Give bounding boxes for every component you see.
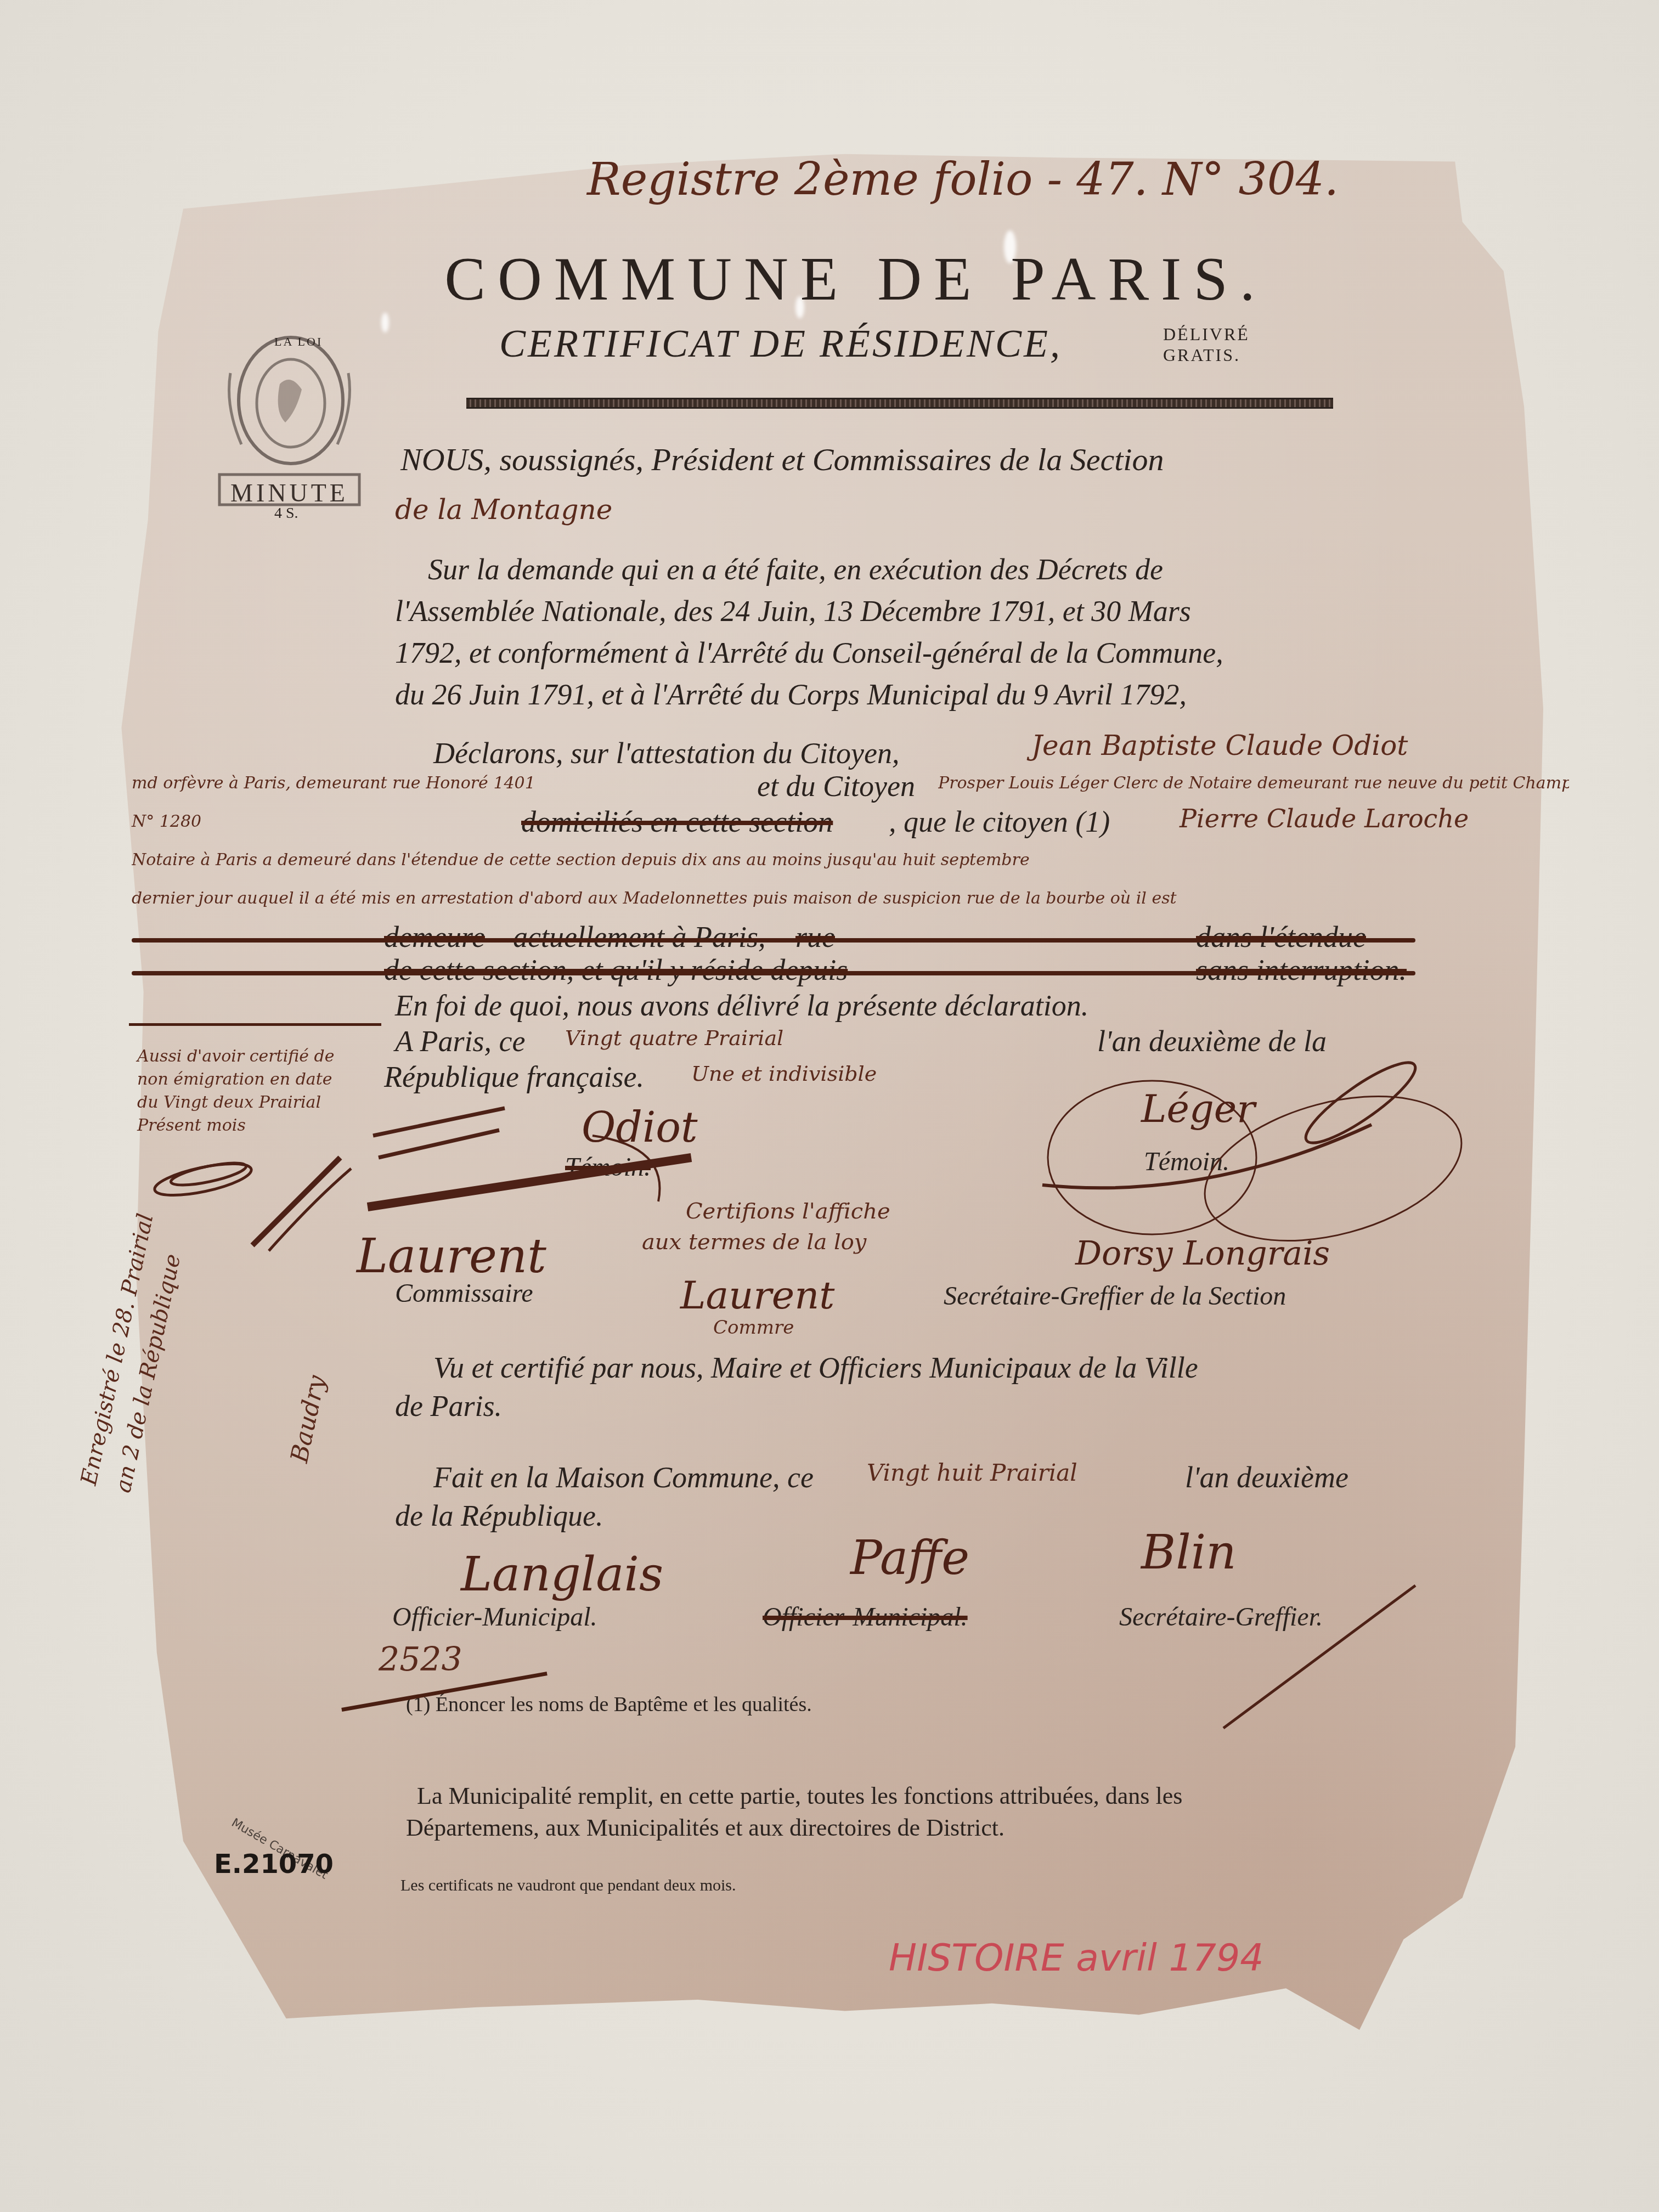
subject-details-line3: dernier jour auquel il a été mis en arre… <box>132 889 1558 908</box>
page-title: COMMUNE DE PARIS. <box>280 244 1432 315</box>
republique-francaise: République française. <box>384 1056 644 1098</box>
witness2-flourish-icon <box>1031 1037 1492 1267</box>
footer-notice: La Municipalité remplit, en cette partie… <box>406 1780 1182 1844</box>
preamble-line: l'Assemblée Nationale, des 24 Juin, 13 D… <box>395 590 1437 632</box>
affiche-line1: Certifions l'affiche <box>642 1196 890 1227</box>
footnote: (1) Énoncer les noms de Baptême et les q… <box>406 1692 812 1717</box>
signature-commissaire: Laurent <box>357 1229 546 1284</box>
commissaire-label: Commissaire <box>395 1278 533 1308</box>
certificate-subtitle: CERTIFICAT DE RÉSIDENCE, <box>499 321 1062 366</box>
stamp-label: MINUTE <box>230 478 348 507</box>
decorative-rule <box>466 398 1333 409</box>
signature-officier2: Paffe <box>850 1531 969 1585</box>
fait-en-maison-commune: Fait en la Maison Commune, ce <box>433 1457 814 1498</box>
glass-glare <box>381 313 389 332</box>
signature-affiche: Laurent <box>680 1273 834 1318</box>
inventory-number: E.21070 <box>214 1849 334 1880</box>
signature-secretaire: Dorsy Longrais <box>1075 1234 1330 1273</box>
margin-note-line: du Vingt deux Prairial <box>137 1091 335 1114</box>
validity-notice: Les certificats ne vaudront que pendant … <box>400 1876 736 1895</box>
pencil-note: HISTOIRE avril 1794 <box>889 1937 1264 1980</box>
registration-number: 2523 <box>379 1640 462 1679</box>
witness1-address: md orfèvre à Paris, demeurant rue Honoré… <box>132 774 535 793</box>
margin-note-line: non émigration en date <box>137 1068 335 1091</box>
signature-officier1: Langlais <box>461 1547 663 1602</box>
stamp-price: 4 S. <box>274 505 298 522</box>
affiche-line2: aux termes de la loy <box>642 1227 890 1257</box>
struck-domicile: domiciliés en cette section <box>521 801 833 843</box>
subject-name: Pierre Claude Laroche <box>1180 804 1469 833</box>
margin-note: Aussi d'avoir certifié de non émigration… <box>137 1045 335 1137</box>
preamble-line: du 26 Juin 1791, et à l'Arrêté du Corps … <box>395 674 1437 715</box>
preamble-line: 1792, et conformément à l'Arrêté du Cons… <box>395 632 1437 674</box>
delivered-gratis: DÉLIVRÉ GRATIS. <box>1163 324 1250 365</box>
opening-printed: NOUS, soussignés, Président et Commissai… <box>400 439 1164 481</box>
footer-notice-line1: La Municipalité remplit, en cette partie… <box>406 1780 1182 1812</box>
minute-stamp: LA LOI MINUTE 4 S. <box>208 324 368 521</box>
declaration-que: , que le citoyen (1) <box>889 801 1110 843</box>
secretaire-section-label: Secrétaire-Greffier de la Section <box>944 1281 1286 1311</box>
preamble: Sur la demande qui en a été faite, en ex… <box>395 549 1437 715</box>
une-et-indivisible: Une et indivisible <box>691 1062 877 1086</box>
officier1-label: Officier-Municipal. <box>392 1602 597 1632</box>
affiche-sub: Commre <box>713 1317 794 1339</box>
municipal-an-deuxieme: l'an deuxième <box>1185 1457 1348 1498</box>
witness1-name: Jean Baptiste Claude Odiot <box>1031 730 1408 761</box>
struck-sans-interruption: sans interruption. <box>1196 949 1407 991</box>
greffier-flourish-icon <box>1207 1580 1426 1734</box>
footer-notice-line2: Départemens, aux Municipalités et aux di… <box>406 1812 1182 1844</box>
de-paris: de Paris. <box>395 1385 502 1427</box>
register-note: Registre 2ème folio - 47. N° 304. <box>587 154 1339 206</box>
witness2-name: Prosper Louis Léger Clerc de Notaire dem… <box>938 774 1569 793</box>
strike-line <box>132 938 1415 943</box>
vu-certifie: Vu et certifié par nous, Maire et Offici… <box>433 1347 1198 1389</box>
stamp-top-text: LA LOI <box>274 335 323 349</box>
gratis-line: GRATIS. <box>1163 345 1250 365</box>
witness2-address: N° 1280 <box>132 812 201 831</box>
strike-line <box>132 971 1415 975</box>
subject-details-line2: Notaire à Paris a demeuré dans l'étendue… <box>132 850 1558 870</box>
signature-secretaire-greffier: Blin <box>1141 1525 1237 1580</box>
margin-note-line: Aussi d'avoir certifié de <box>137 1045 335 1068</box>
municipal-date-handwritten: Vingt huit Prairial <box>867 1459 1077 1486</box>
preamble-line: Sur la demande qui en a été faite, en ex… <box>395 549 1437 590</box>
section-name-handwritten: de la Montagne <box>395 494 612 526</box>
de-la-republique: de la République. <box>395 1495 603 1537</box>
affiche-note: Certifions l'affiche aux termes de la lo… <box>642 1196 890 1257</box>
date-handwritten: Vingt quatre Prairial <box>565 1026 783 1050</box>
delivered-line: DÉLIVRÉ <box>1163 324 1250 345</box>
officier2-label: Officier-Municipal. <box>763 1602 968 1632</box>
margin-rule <box>129 1023 381 1026</box>
